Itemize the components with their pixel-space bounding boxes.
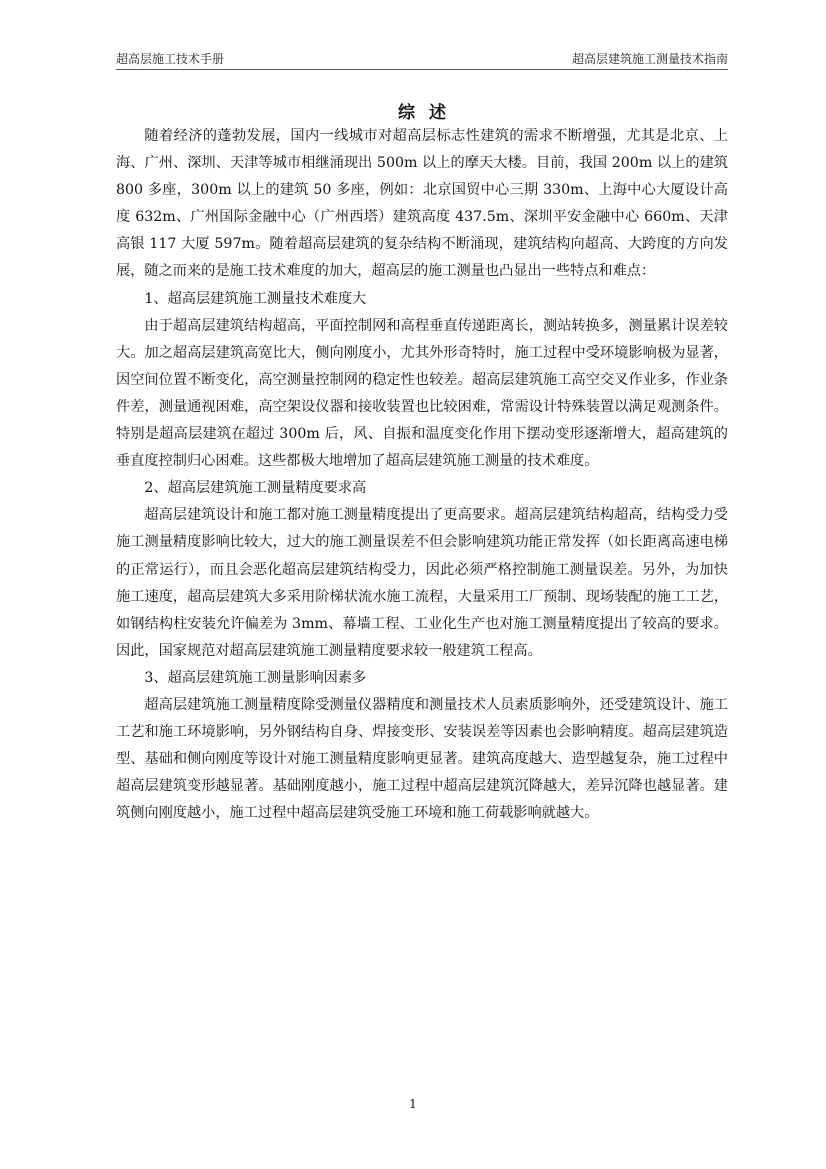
header-divider	[116, 69, 728, 70]
paragraph-3: 超高层建筑施工测量精度除受测量仪器精度和测量技术人员素质影响外，还受建筑设计、施…	[116, 692, 728, 827]
subheading-3: 3、超高层建筑施工测量影响因素多	[116, 665, 728, 692]
paragraph-1: 由于超高层建筑结构超高，平面控制网和高程垂直传递距离长，测站转换多，测量累计误差…	[116, 313, 728, 476]
page-header: 超高层施工技术手册 超高层建筑施工测量技术指南	[116, 50, 728, 68]
document-body: 随着经济的蓬勃发展，国内一线城市对超高层标志性建筑的需求不断增强，尤其是北京、上…	[116, 123, 728, 827]
subheading-1: 1、超高层建筑施工测量技术难度大	[116, 286, 728, 313]
page-number: 1	[0, 1097, 826, 1111]
section-title: 综述	[116, 98, 728, 123]
paragraph-intro: 随着经济的蓬勃发展，国内一线城市对超高层标志性建筑的需求不断增强，尤其是北京、上…	[116, 123, 728, 286]
subheading-2: 2、超高层建筑施工测量精度要求高	[116, 475, 728, 502]
header-book-title: 超高层施工技术手册	[116, 50, 224, 67]
header-chapter-title: 超高层建筑施工测量技术指南	[572, 50, 728, 67]
paragraph-2: 超高层建筑设计和施工都对施工测量精度提出了更高要求。超高层建筑结构超高，结构受力…	[116, 502, 728, 665]
